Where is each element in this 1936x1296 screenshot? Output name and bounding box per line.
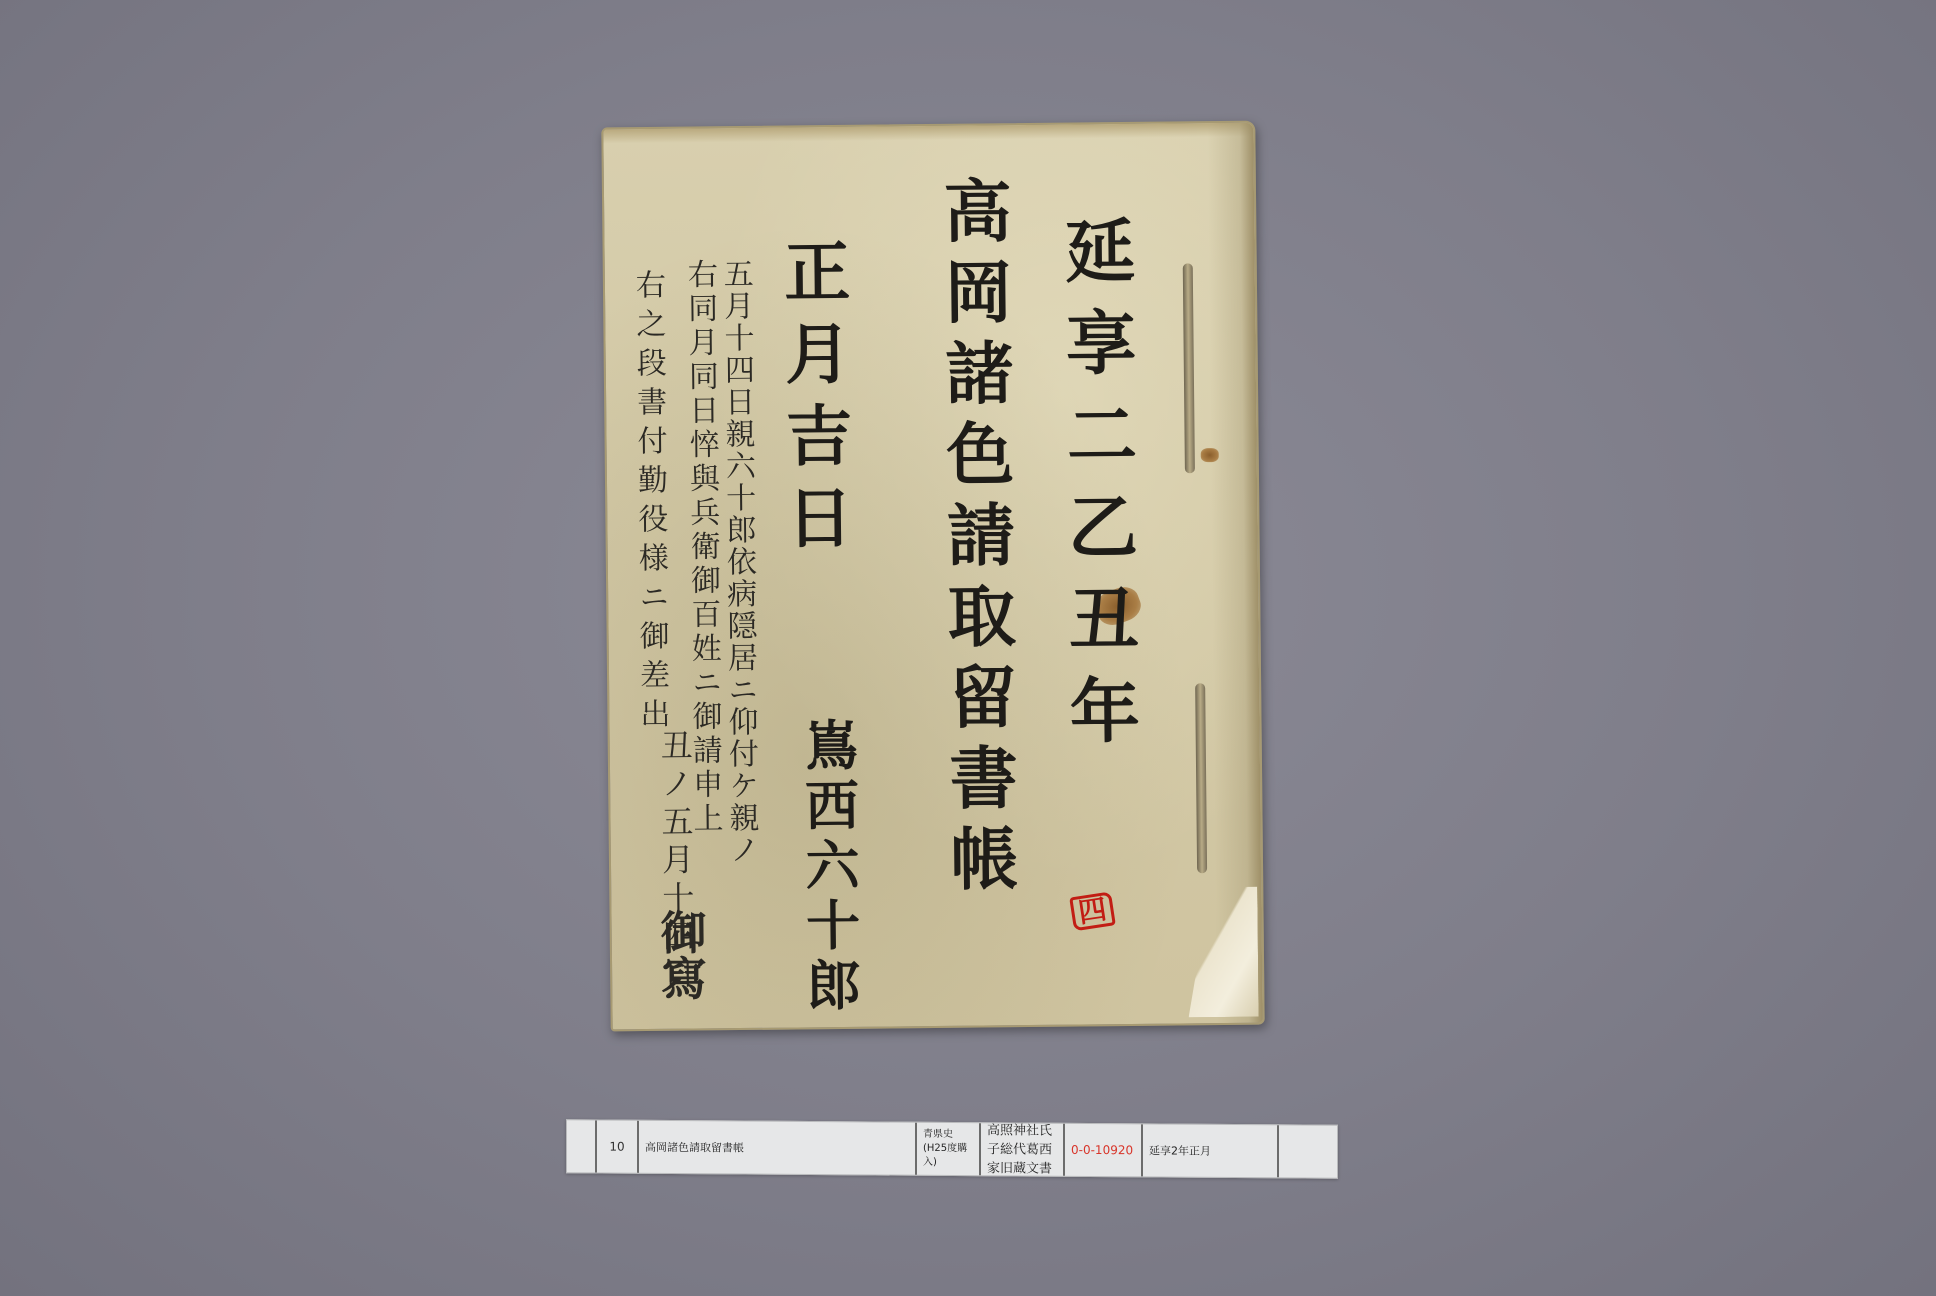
binding-mark-lower [1195,683,1207,873]
month-column: 正月吉日 [764,237,862,566]
binding-mark-upper [1183,263,1195,473]
label-blank-tail [1279,1125,1337,1177]
label-title: 高岡諸色請取留書帳 [639,1121,917,1175]
label-number: 10 [597,1121,639,1173]
stain-upper [1201,448,1219,462]
signature-column: 御寫 [647,908,714,1001]
title-column: 高岡諸色請取留書帳 [924,175,1029,905]
label-blank-lead [567,1120,597,1172]
document-cover: 延享二乙丑年 高岡諸色請取留書帳 正月吉日 嶌西六十郎 五月十四日親六十郎依病隠… [601,121,1264,1032]
catalogue-label: 10 高岡諸色請取留書帳 青県史(H25度購入) 高照神社氏子総代葛西家旧蔵文書… [566,1119,1338,1178]
label-collection: 高照神社氏子総代葛西家旧蔵文書 [981,1123,1065,1176]
label-date: 延享2年正月 [1143,1124,1279,1177]
note-column-3: 右之段書付勤役様ニ御差出 [625,269,674,737]
red-seal-stamp: 四 [1069,891,1116,931]
author-column: 嶌西六十郎 [789,717,869,1018]
photo-stage: 延享二乙丑年 高岡諸色請取留書帳 正月吉日 嶌西六十郎 五月十四日親六十郎依病隠… [0,0,1936,1296]
folded-corner [1187,887,1258,1018]
era-column: 延享二乙丑年 [1044,214,1151,767]
label-code: 0-0-10920 [1065,1124,1143,1177]
label-source: 青県史(H25度購入) [917,1123,981,1175]
